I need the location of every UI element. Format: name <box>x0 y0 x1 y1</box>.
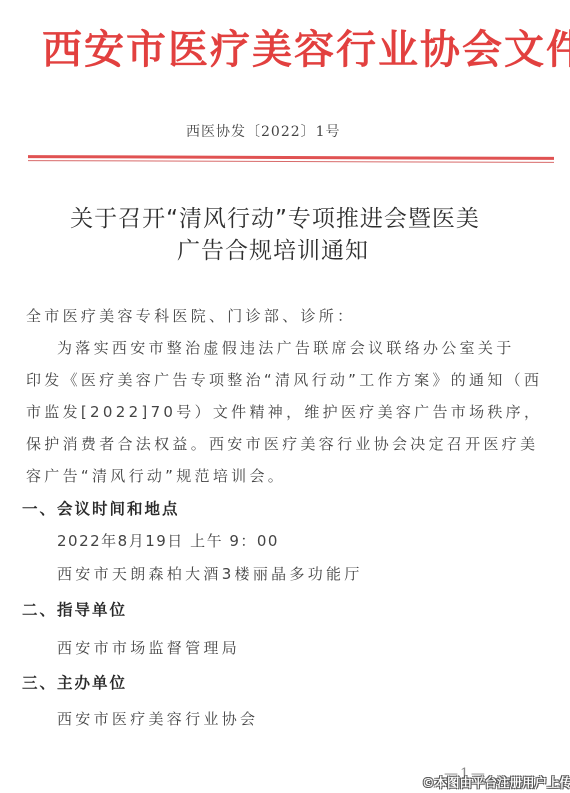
section-heading-time-place: 一、会议时间和地点 <box>22 497 180 519</box>
meeting-venue: 西安市天朗森柏大酒3楼丽晶多功能厅 <box>57 563 363 584</box>
document-masthead: 西安市医疗美容行业协会文件 <box>42 18 570 75</box>
meeting-datetime: 2022年8月19日 上午 9：00 <box>57 530 279 551</box>
addressee: 全市医疗美容专科医院、门诊部、诊所： <box>26 305 355 326</box>
notice-title-line-2: 广告合规培训通知 <box>0 232 558 265</box>
guidance-unit: 西安市市场监督管理局 <box>57 637 240 658</box>
red-header-rule-thin <box>28 160 554 163</box>
section-heading-guidance-unit: 二、指导单位 <box>22 598 127 620</box>
notice-title-line-1: 关于召开“清风行动”专项推进会暨医美 <box>0 200 560 233</box>
upload-watermark: ©本图由平台注册用户上传 <box>422 773 570 791</box>
paragraph-line: 印发《医疗美容广告专项整治“清风行动”工作方案》的通知（西 <box>26 369 542 390</box>
paragraph-line: 容广告“清风行动”规范培训会。 <box>26 465 286 486</box>
host-unit: 西安市医疗美容行业协会 <box>57 708 258 729</box>
document-number: 西医协发〔2022〕1号 <box>186 121 341 141</box>
paragraph-line: 市监发[2022]70号）文件精神，维护医疗美容广告市场秩序， <box>26 401 542 422</box>
paragraph-line: 为落实西安市整治虚假违法广告联席会议联络办公室关于 <box>57 337 515 358</box>
section-heading-host-unit: 三、主办单位 <box>22 671 127 693</box>
red-header-rule <box>28 155 554 160</box>
paragraph-line: 保护消费者合法权益。西安市医疗美容行业协会决定召开医疗美 <box>26 433 538 454</box>
